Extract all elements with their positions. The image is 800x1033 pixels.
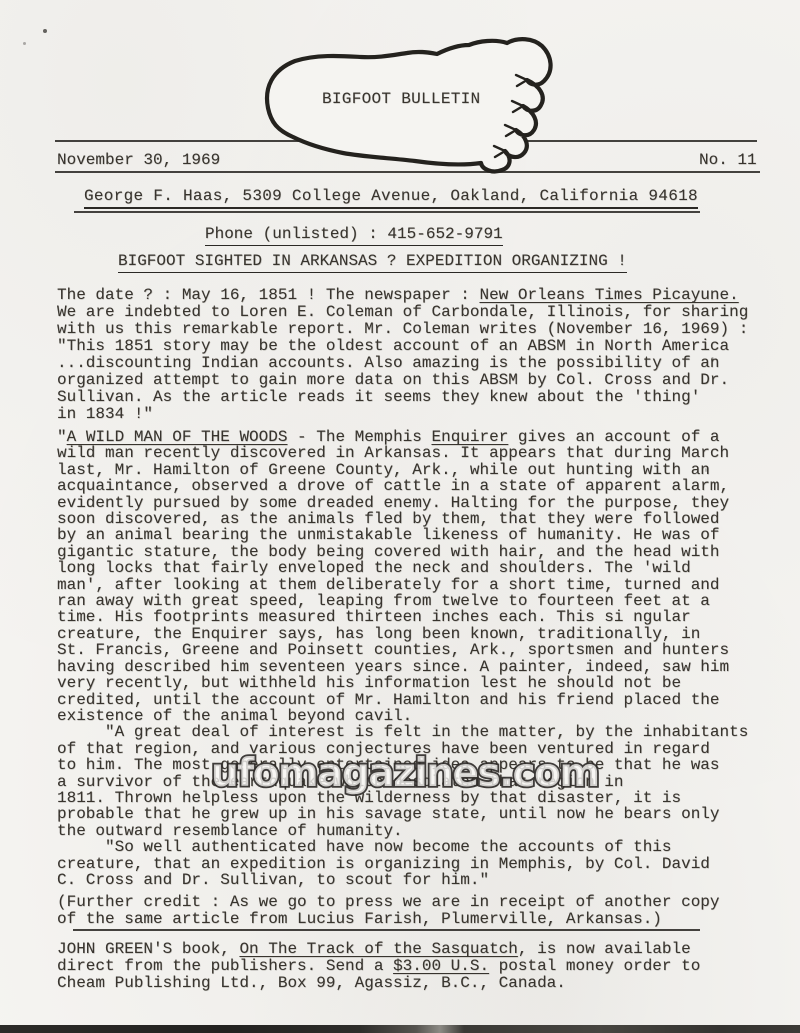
watermark-text: ufomagazines.com bbox=[211, 751, 599, 796]
article-paragraph-book-ad: JOHN GREEN'S book, On The Track of the S… bbox=[57, 941, 762, 992]
scan-speck bbox=[23, 42, 26, 45]
section-divider bbox=[73, 929, 700, 931]
issue-date: November 30, 1969 bbox=[57, 151, 220, 169]
article-headline: BIGFOOT SIGHTED IN ARKANSAS ? EXPEDITION… bbox=[118, 252, 627, 273]
article-paragraph-credit: (Further credit : As we go to press we a… bbox=[57, 894, 762, 928]
scan-speck bbox=[43, 29, 47, 33]
newsletter-page: BIGFOOT BULLETIN November 30, 1969 No. 1… bbox=[0, 0, 800, 1033]
article-paragraph-wild-man: "A WILD MAN OF THE WOODS - The Memphis E… bbox=[57, 429, 762, 888]
issue-number: No. 11 bbox=[699, 151, 757, 169]
publisher-address: George F. Haas, 5309 College Avenue, Oak… bbox=[84, 187, 698, 209]
phone-line: Phone (unlisted) : 415-652-9791 bbox=[205, 225, 503, 246]
masthead-title: BIGFOOT BULLETIN bbox=[322, 90, 480, 108]
article-paragraph-intro: The date ? : May 16, 1851 ! The newspape… bbox=[57, 287, 762, 423]
publisher-address-underline bbox=[74, 211, 700, 213]
scan-bottom-edge bbox=[0, 1025, 800, 1033]
